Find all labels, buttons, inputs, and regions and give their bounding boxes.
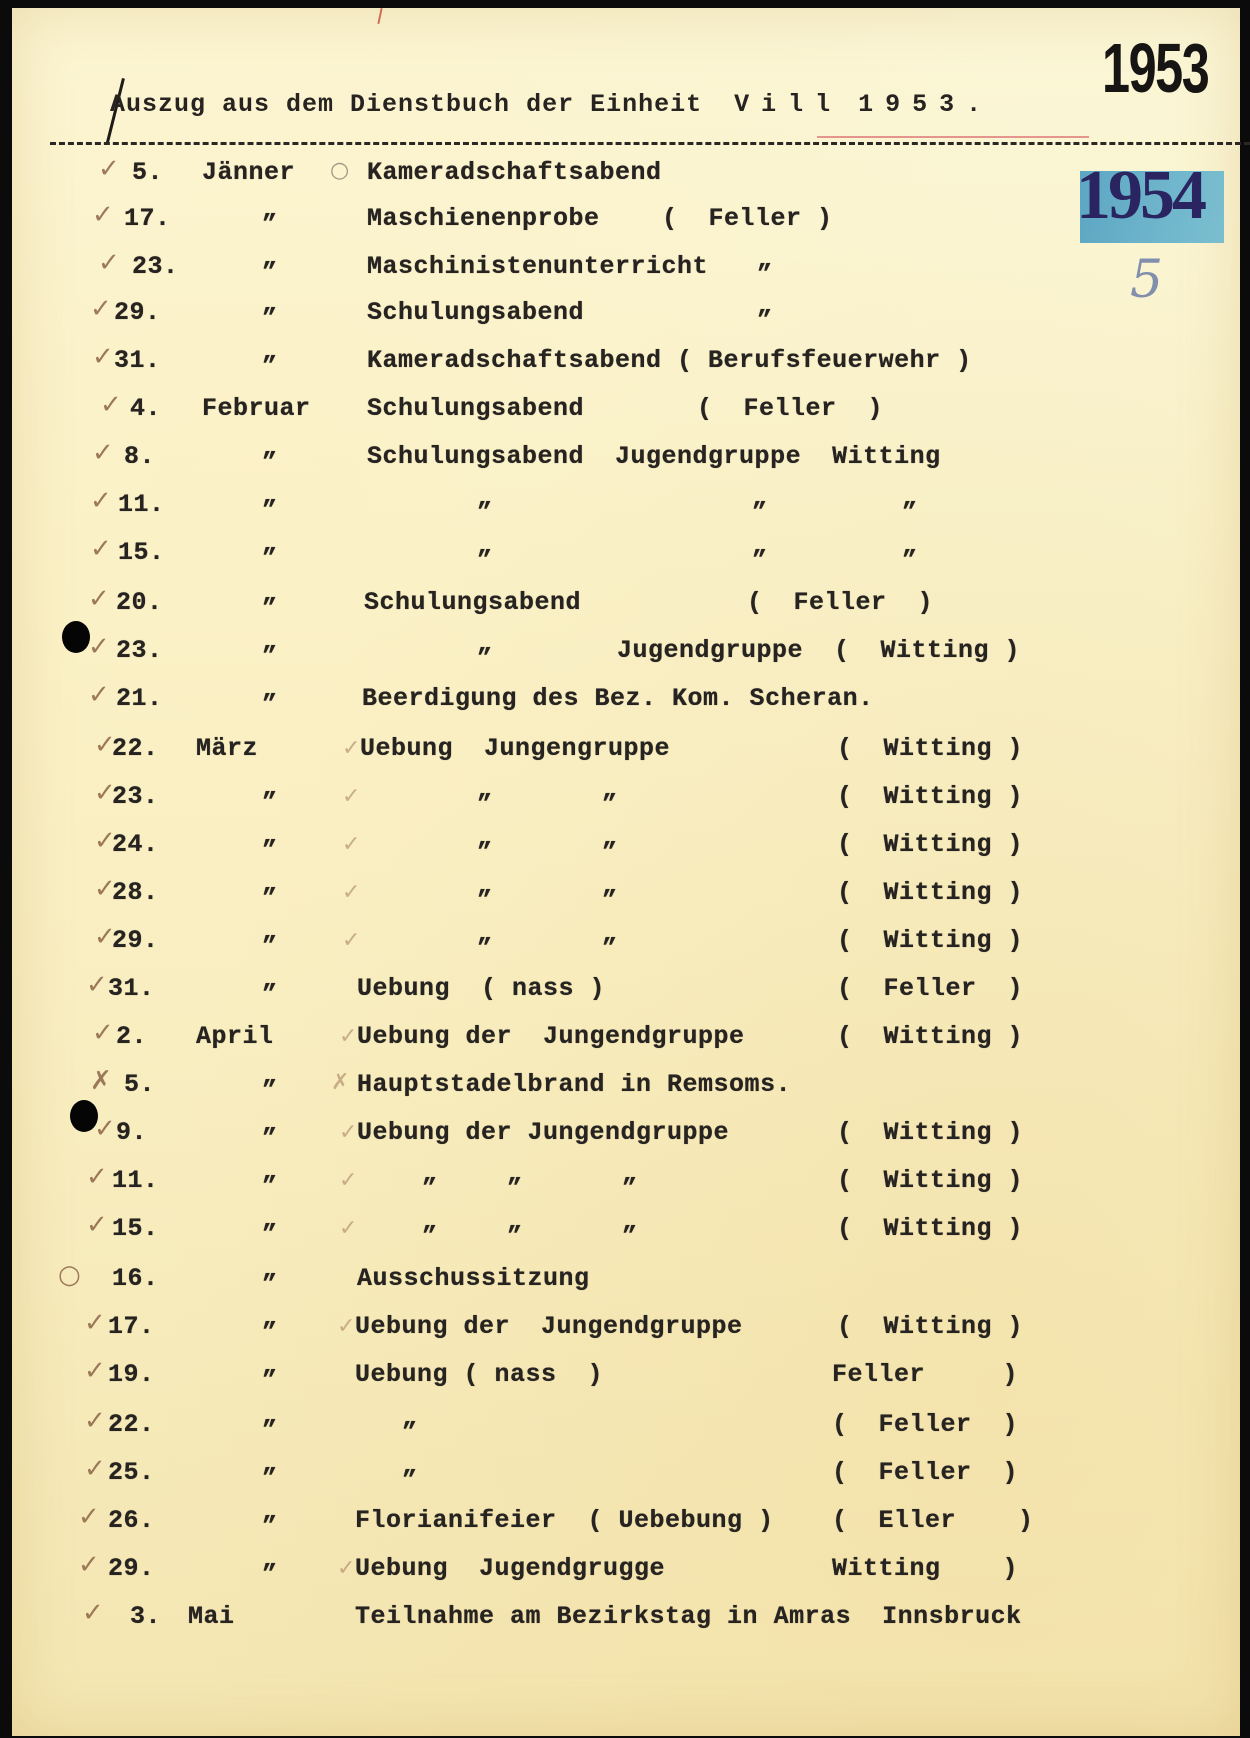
entry-day: 11. [112,1166,159,1195]
entry-responsible: ( Witting ) [837,830,1023,859]
punch-hole-bottom [70,1100,98,1132]
entry-month: ” [262,1366,278,1395]
check-mark-icon: ✓ [339,1216,357,1241]
ditto-mark: ” [422,1222,438,1251]
check-mark-icon: ✓ [90,294,112,324]
entry-day: 2. [116,1022,147,1051]
entry-activity: Schulungsabend [367,394,584,423]
title-year: 1953. [858,90,993,119]
ditto-mark: ” [422,1174,438,1203]
entry-responsible: ” [757,306,773,335]
check-mark-icon: ✓ [84,1406,106,1436]
entry-activity: Uebung der Jungendgruppe [357,1022,745,1051]
entry-responsible: Jugendgruppe ( Witting ) [617,636,1020,665]
entry-responsible: ( Feller ) [832,1458,1018,1487]
entry-activity: Ausschussitzung [357,1264,590,1293]
check-mark-icon: ✓ [86,970,108,1000]
entry-responsible: ( Eller ) [832,1506,1034,1535]
entry-responsible: Witting ) [832,1554,1018,1583]
pencil-tick-mark [377,8,382,24]
check-mark-icon: ✓ [92,1018,114,1048]
entry-month: ” [262,594,278,623]
entry-responsible: ( Feller ) [832,1410,1018,1439]
pencil-note: 5 [1130,250,1163,310]
entry-day: 17. [108,1312,155,1341]
check-mark-icon: ✓ [342,832,360,857]
check-mark-icon: ✓ [88,632,110,662]
ditto-mark: ” [477,790,493,819]
entry-day: 8. [124,442,155,471]
entry-month: ” [262,836,278,865]
entry-month: ” [262,1512,278,1541]
check-mark-icon: ✓ [92,342,114,372]
ditto-mark: ” [477,886,493,915]
punch-hole-top [62,621,90,653]
stamp-year: 1954 [1076,156,1204,236]
check-mark-icon: ✗ [90,1066,112,1096]
entry-activity: Teilnahme am Bezirkstag in Amras Innsbru… [355,1602,1022,1631]
check-mark-icon: ✓ [98,248,120,278]
check-mark-icon: ✓ [92,200,114,230]
entry-responsible: ( Witting ) [837,734,1023,763]
check-mark-icon: ✓ [88,680,110,710]
check-mark-icon: ✓ [337,1556,355,1581]
check-mark-icon: ✓ [90,534,112,564]
entry-month: ” [262,788,278,817]
entry-activity: Uebung Jugendgrugge [355,1554,665,1583]
entry-day: 23. [112,782,159,811]
entry-month: ” [262,258,278,287]
entry-month: ” [262,932,278,961]
entry-day: 21. [116,684,163,713]
title-text: Auszug aus dem Dienstbuch der Einheit [110,90,702,119]
entry-month: Jänner [202,158,295,187]
check-mark-icon: ✓ [84,1356,106,1386]
entry-month: ” [262,448,278,477]
entry-responsible: ( Feller ) [837,974,1023,1003]
ditto-mark: ” [477,498,493,527]
entry-activity: Kameradschaftsabend ( Berufsfeuerwehr ) [367,346,972,375]
entry-day: 22. [108,1410,155,1439]
entry-month: ” [262,1464,278,1493]
entry-day: 31. [108,974,155,1003]
entry-activity: Uebung ( nass ) [357,974,605,1003]
entry-month: ” [262,544,278,573]
check-mark-icon: ✓ [342,736,360,761]
entry-activity: Schulungsabend [364,588,581,617]
ditto-mark: ” [477,644,493,673]
entry-responsible: ( Witting ) [837,1022,1023,1051]
ditto-mark: ” [402,1466,418,1495]
cross-mark-icon: ✗ [331,1070,349,1095]
ditto-mark: ” [602,886,618,915]
entry-month: ” [262,642,278,671]
entry-activity: Uebung der Jungendgruppe [357,1118,729,1147]
ditto-mark: ” [902,546,918,575]
check-mark-icon: ✓ [84,1308,106,1338]
entry-month: ” [262,1076,278,1105]
entry-month: Mai [188,1602,235,1631]
ditto-mark: ” [477,934,493,963]
entry-responsible: ( Feller ) [697,394,883,423]
year-label: 1953 [1102,28,1208,108]
entry-responsible: ( Witting ) [837,1118,1023,1147]
entry-day: 29. [112,926,159,955]
entry-responsible: ( Witting ) [837,1214,1023,1243]
entry-day: 16. [112,1264,159,1293]
entry-activity: Hauptstadelbrand in Remsoms. [357,1070,791,1099]
ditto-mark: ” [477,838,493,867]
check-mark-icon: ✓ [337,1314,355,1339]
entry-month: ” [262,690,278,719]
ditto-mark: ” [402,1418,418,1447]
entry-day: 23. [132,252,179,281]
entry-activity: Maschinistenunterricht [367,252,708,281]
check-mark-icon: ✓ [90,486,112,516]
entry-day: 28. [112,878,159,907]
entry-month: ” [262,1318,278,1347]
entry-day: 5. [124,1070,155,1099]
entry-day: 25. [108,1458,155,1487]
entry-responsible: ( Witting ) [837,878,1023,907]
entry-month: ” [262,1270,278,1299]
entry-activity: Kameradschaftsabend [367,158,662,187]
check-mark-icon: ○ [58,1260,81,1290]
entry-month: ” [262,496,278,525]
entry-month: Februar [202,394,311,423]
header-divider [50,142,1250,145]
entry-day: 4. [130,394,161,423]
check-mark-icon: ✓ [339,1120,357,1145]
entry-responsible: Feller ) [832,1360,1018,1389]
check-mark-icon: ✓ [342,928,360,953]
entry-day: 9. [116,1118,147,1147]
ditto-mark: ” [602,838,618,867]
circle-mark-icon: ○ [330,158,349,183]
entry-day: 15. [112,1214,159,1243]
entry-responsible: ( Witting ) [837,926,1023,955]
check-mark-icon: ✓ [84,1454,106,1484]
entry-day: 5. [132,158,163,187]
entry-day: 24. [112,830,159,859]
entry-responsible: ( Witting ) [837,782,1023,811]
check-mark-icon: ✓ [342,784,360,809]
red-underline-mark [817,136,1089,138]
entry-activity: Uebung ( nass ) [355,1360,603,1389]
ditto-mark: ” [622,1222,638,1251]
entry-month: März [196,734,258,763]
ditto-mark: ” [602,790,618,819]
entry-month: ” [262,1560,278,1589]
entry-activity: Florianifeier ( Uebebung ) [355,1506,774,1535]
entry-day: 23. [116,636,163,665]
ditto-mark: ” [507,1222,523,1251]
entry-month: ” [262,352,278,381]
entry-activity: Uebung Jungengruppe [360,734,670,763]
document-title: Auszug aus dem Dienstbuch der Einheit Vi… [110,90,993,119]
entry-month: April [196,1022,274,1051]
entry-day: 31. [114,346,161,375]
check-mark-icon: ✓ [78,1550,100,1580]
entry-month: ” [262,210,278,239]
check-mark-icon: ✓ [86,1210,108,1240]
ditto-mark: ” [752,498,768,527]
entry-activity: Uebung der Jungendgruppe [355,1312,743,1341]
entry-day: 22. [112,734,159,763]
entry-activity: Schulungsabend Jugendgruppe Witting [367,442,941,471]
document-page: 1953 Auszug aus dem Dienstbuch der Einhe… [12,8,1240,1736]
ditto-mark: ” [602,934,618,963]
ditto-mark: ” [507,1174,523,1203]
entry-day: 17. [124,204,171,233]
check-mark-icon: ✓ [92,438,114,468]
title-unit: Vill [734,90,842,119]
entry-day: 11. [118,490,165,519]
entry-responsible: ( Feller ) [747,588,933,617]
entry-day: 15. [118,538,165,567]
entry-responsible: ( Witting ) [837,1166,1023,1195]
entry-month: ” [262,1172,278,1201]
entry-month: ” [262,1416,278,1445]
entry-day: 19. [108,1360,155,1389]
check-mark-icon: ✓ [86,1162,108,1192]
check-mark-icon: ✓ [100,390,122,420]
ditto-mark: ” [752,546,768,575]
check-mark-icon: ✓ [98,154,120,184]
ditto-mark: ” [477,546,493,575]
entry-day: 29. [114,298,161,327]
entry-responsible: ( Witting ) [837,1312,1023,1341]
entry-day: 29. [108,1554,155,1583]
check-mark-icon: ✓ [339,1168,357,1193]
ditto-mark: ” [902,498,918,527]
entry-month: ” [262,1220,278,1249]
entry-month: ” [262,304,278,333]
entry-month: ” [262,1124,278,1153]
entry-month: ” [262,980,278,1009]
check-mark-icon: ✓ [342,880,360,905]
entry-day: 26. [108,1506,155,1535]
ditto-mark: ” [622,1174,638,1203]
entry-day: 3. [130,1602,161,1631]
entry-responsible: ( Feller ) [662,204,833,233]
entry-responsible: ” [757,260,773,289]
entry-month: ” [262,884,278,913]
entry-activity: Maschienenprobe [367,204,600,233]
check-mark-icon: ✓ [82,1598,104,1628]
entry-activity: Beerdigung des Bez. Kom. Scheran. [362,684,874,713]
check-mark-icon: ✓ [339,1024,357,1049]
check-mark-icon: ✓ [88,584,110,614]
entry-day: 20. [116,588,163,617]
check-mark-icon: ✓ [78,1502,100,1532]
entry-activity: Schulungsabend [367,298,584,327]
